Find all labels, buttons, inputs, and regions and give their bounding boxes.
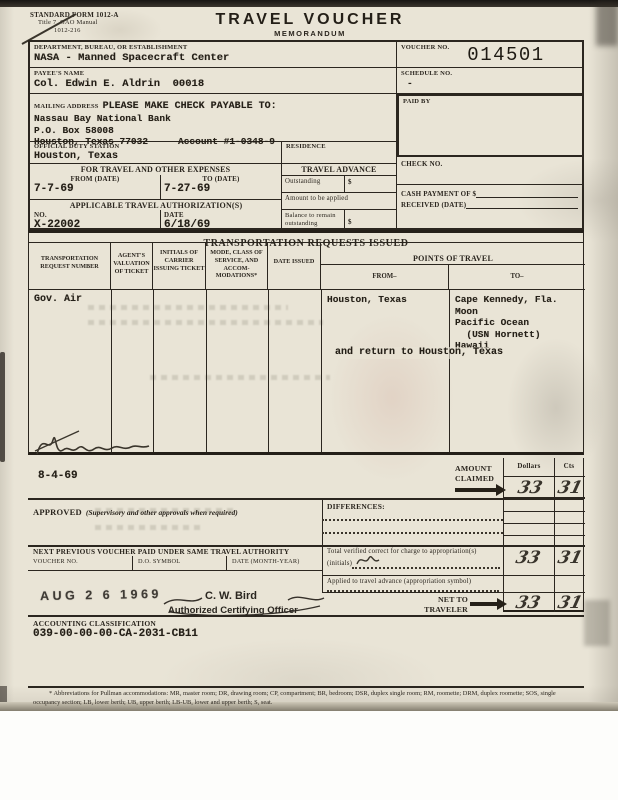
dollar-sign: $ [348,178,352,186]
dollars-header: Dollars [504,462,554,470]
mailing-line: P.O. Box 58008 [34,125,396,137]
received-date-rule [466,200,578,209]
payee-label: PAYEE'S NAME [34,70,396,78]
cash-payment-label: CASH PAYMENT OF $ [401,190,476,198]
residence-label: RESIDENCE [286,143,396,151]
check-no-label: CHECK NO. [401,160,584,168]
scan-corner-shadow [596,0,618,46]
approved-label: APPROVED [33,507,82,517]
col-header-to: TO– [449,265,585,290]
to-line: Pacific Ocean [455,317,558,329]
signature-date: 8-4-69 [38,470,78,483]
transportation-table: TRANSPORTATION REQUEST NUMBER AGENT'S VA… [28,243,584,455]
page-subtitle: MEMORANDUM [170,29,450,38]
to-line: Cape Kennedy, Fla. [455,294,558,306]
form-title-block: TRAVEL VOUCHER MEMORANDUM [170,11,450,38]
net-to-traveler-arrow-icon [470,602,498,606]
amount-applied-label: Amount to be applied [285,195,348,203]
duty-station-cell: OFFICIAL DUTY STATION Houston, Texas [30,142,282,164]
header-grid: DEPARTMENT, BUREAU, OR ESTABLISHMENT NAS… [28,40,584,230]
schedule-no-cell: SCHEDULE NO. - [397,68,584,94]
voucher-no-cell: VOUCHER NO. 014501 [397,42,584,68]
payee-signature [31,424,166,464]
differences-label: DIFFERENCES: [327,502,385,511]
from-date-col: FROM (DATE) 7-7-69 [30,175,160,197]
approved-note: (Supervisory and other approvals when re… [86,508,238,517]
col-header-carrier-initials: INITIALS OF CARRIER ISSUING TICKET [153,243,206,290]
dollar-sign: $ [348,218,352,226]
differences-rule [322,532,503,534]
bleedthrough-artifact [95,525,205,530]
auth-no-label: NO. [34,211,80,219]
page-title: TRAVEL VOUCHER [170,11,450,29]
accounting-label: ACCOUNTING CLASSIFICATION [33,619,156,628]
schedule-no-value: - [401,78,584,90]
initials-signature [355,552,385,568]
col-header-from: FROM– [321,265,449,290]
approved-block: APPROVED (Supervisory and other approval… [33,502,238,520]
scan-left-edge-artifact [0,352,5,462]
paper-sheet: STANDARD FORM 1012-A Title 7, GAO Manual… [0,0,618,711]
amount-claimed-label: AMOUNT CLAIMED [455,464,494,484]
to-date-col: TO (DATE) 7-27-69 [160,175,282,197]
scan-top-edge [0,0,618,7]
department-cell: DEPARTMENT, BUREAU, OR ESTABLISHMENT NAS… [30,42,397,68]
col-header-date-issued: DATE ISSUED [268,243,321,290]
bleedthrough-blob [584,600,610,646]
residence-cell: RESIDENCE [282,142,397,164]
points-to-values: Cape Kennedy, Fla. Moon Pacific Ocean (U… [455,294,558,352]
cash-payment-rule [476,189,578,198]
from-date-label: FROM (DATE) [30,175,160,183]
prev-do-symbol-label: D.O. SYMBOL [138,558,180,566]
scanned-travel-voucher: STANDARD FORM 1012-A Title 7, GAO Manual… [0,0,618,800]
col-header-request-number: TRANSPORTATION REQUEST NUMBER [29,243,111,290]
certifying-officer-name: C. W. Bird [205,590,257,602]
net-cents-value: 31 [556,595,584,612]
duty-station-label: OFFICIAL DUTY STATION [34,143,281,151]
schedule-no-label: SCHEDULE NO. [401,70,584,78]
expenses-label: FOR TRAVEL AND OTHER EXPENSES [30,164,281,175]
voucher-no-label: VOUCHER NO. [401,44,449,51]
to-date-value: 7-27-69 [160,183,282,196]
department-label: DEPARTMENT, BUREAU, OR ESTABLISHMENT [34,44,396,52]
claimed-cents-value: 31 [556,480,584,497]
net-dollars-value: 33 [514,595,542,612]
initials-label: (initials) [327,560,352,568]
mailing-address-cell: MAILING ADDRESS PLEASE MAKE CHECK PAYABL… [30,94,397,142]
amount-claimed-arrow-icon [455,488,497,492]
date-stamp: AUG 2 6 1969 [40,587,162,603]
col-header-mode-class: MODE, CLASS OF SERVICE, AND ACCOM- MODAT… [206,243,268,290]
travel-advance-label: TRAVEL ADVANCE [282,164,396,175]
cents-header: Cts [554,462,584,470]
amount-column: Dollars Cts 33 31 33 31 33 31 [503,458,584,612]
paid-by-cell: PAID BY [397,94,584,157]
voucher-no-value: 014501 [467,44,544,66]
transportation-title-bar: TRANSPORTATION REQUESTS ISSUED [28,230,584,243]
mailing-line: Nassau Bay National Bank [34,113,396,125]
prev-voucher-header: NEXT PREVIOUS VOUCHER PAID UNDER SAME TR… [33,548,289,557]
paid-by-label: PAID BY [403,98,584,106]
cash-payment-cell: CASH PAYMENT OF $ RECEIVED (DATE) [397,185,584,230]
verified-dollars-value: 33 [514,550,542,567]
return-note: and return to Houston, Texas [335,347,503,359]
to-date-label: TO (DATE) [160,175,282,183]
accounting-value: 039-00-00-00-CA-2031-CB11 [33,628,198,641]
department-value: NASA - Manned Spacecraft Center [34,52,396,65]
check-no-cell: CHECK NO. [397,157,584,185]
footnote: * Abbreviations for Pullman accommodatio… [33,690,563,707]
outstanding-label: Outstanding [285,178,320,186]
claimed-dollars-value: 33 [516,480,544,497]
duty-station-value: Houston, Texas [34,151,281,163]
payee-value: Col. Edwin E. Aldrin 00018 [34,78,396,91]
auth-label: APPLICABLE TRAVEL AUTHORIZATION(S) [30,201,282,211]
payee-cell: PAYEE'S NAME Col. Edwin E. Aldrin 00018 [30,68,397,94]
verified-cents-value: 31 [556,550,584,567]
col-header-agents-valuation: AGENT'S VALUATION OF TICKET [111,243,153,290]
mailing-heading: PLEASE MAKE CHECK PAYABLE TO: [103,101,277,112]
travel-advance-block: TRAVEL ADVANCE Outstanding $ Amount to b… [282,164,397,230]
received-date-label: RECEIVED (DATE) [401,201,466,209]
differences-rule [322,519,503,521]
verified-label: Total verified correct for charge to app… [327,548,499,556]
applied-advance-label: Applied to travel advance (appropriation… [327,578,471,586]
from-date-value: 7-7-69 [30,183,160,196]
prev-date-label: DATE (MONTH-YEAR) [232,558,300,566]
mailing-address-label: MAILING ADDRESS [34,103,99,110]
net-to-traveler-label: NET TO TRAVELER [418,595,468,615]
to-line: (USN Hornett) [455,329,558,341]
points-from-value: Houston, Texas [327,294,407,306]
points-of-travel-label: POINTS OF TRAVEL [413,254,493,263]
request-number-value: Gov. Air [34,294,82,306]
prev-voucher-no-label: VOUCHER NO. [33,558,78,566]
to-line: Moon [455,306,558,318]
expenses-block: FOR TRAVEL AND OTHER EXPENSES FROM (DATE… [30,164,282,230]
balance-label: Balance to remain outstanding [285,212,336,228]
points-of-travel-header: POINTS OF TRAVEL [321,243,585,265]
